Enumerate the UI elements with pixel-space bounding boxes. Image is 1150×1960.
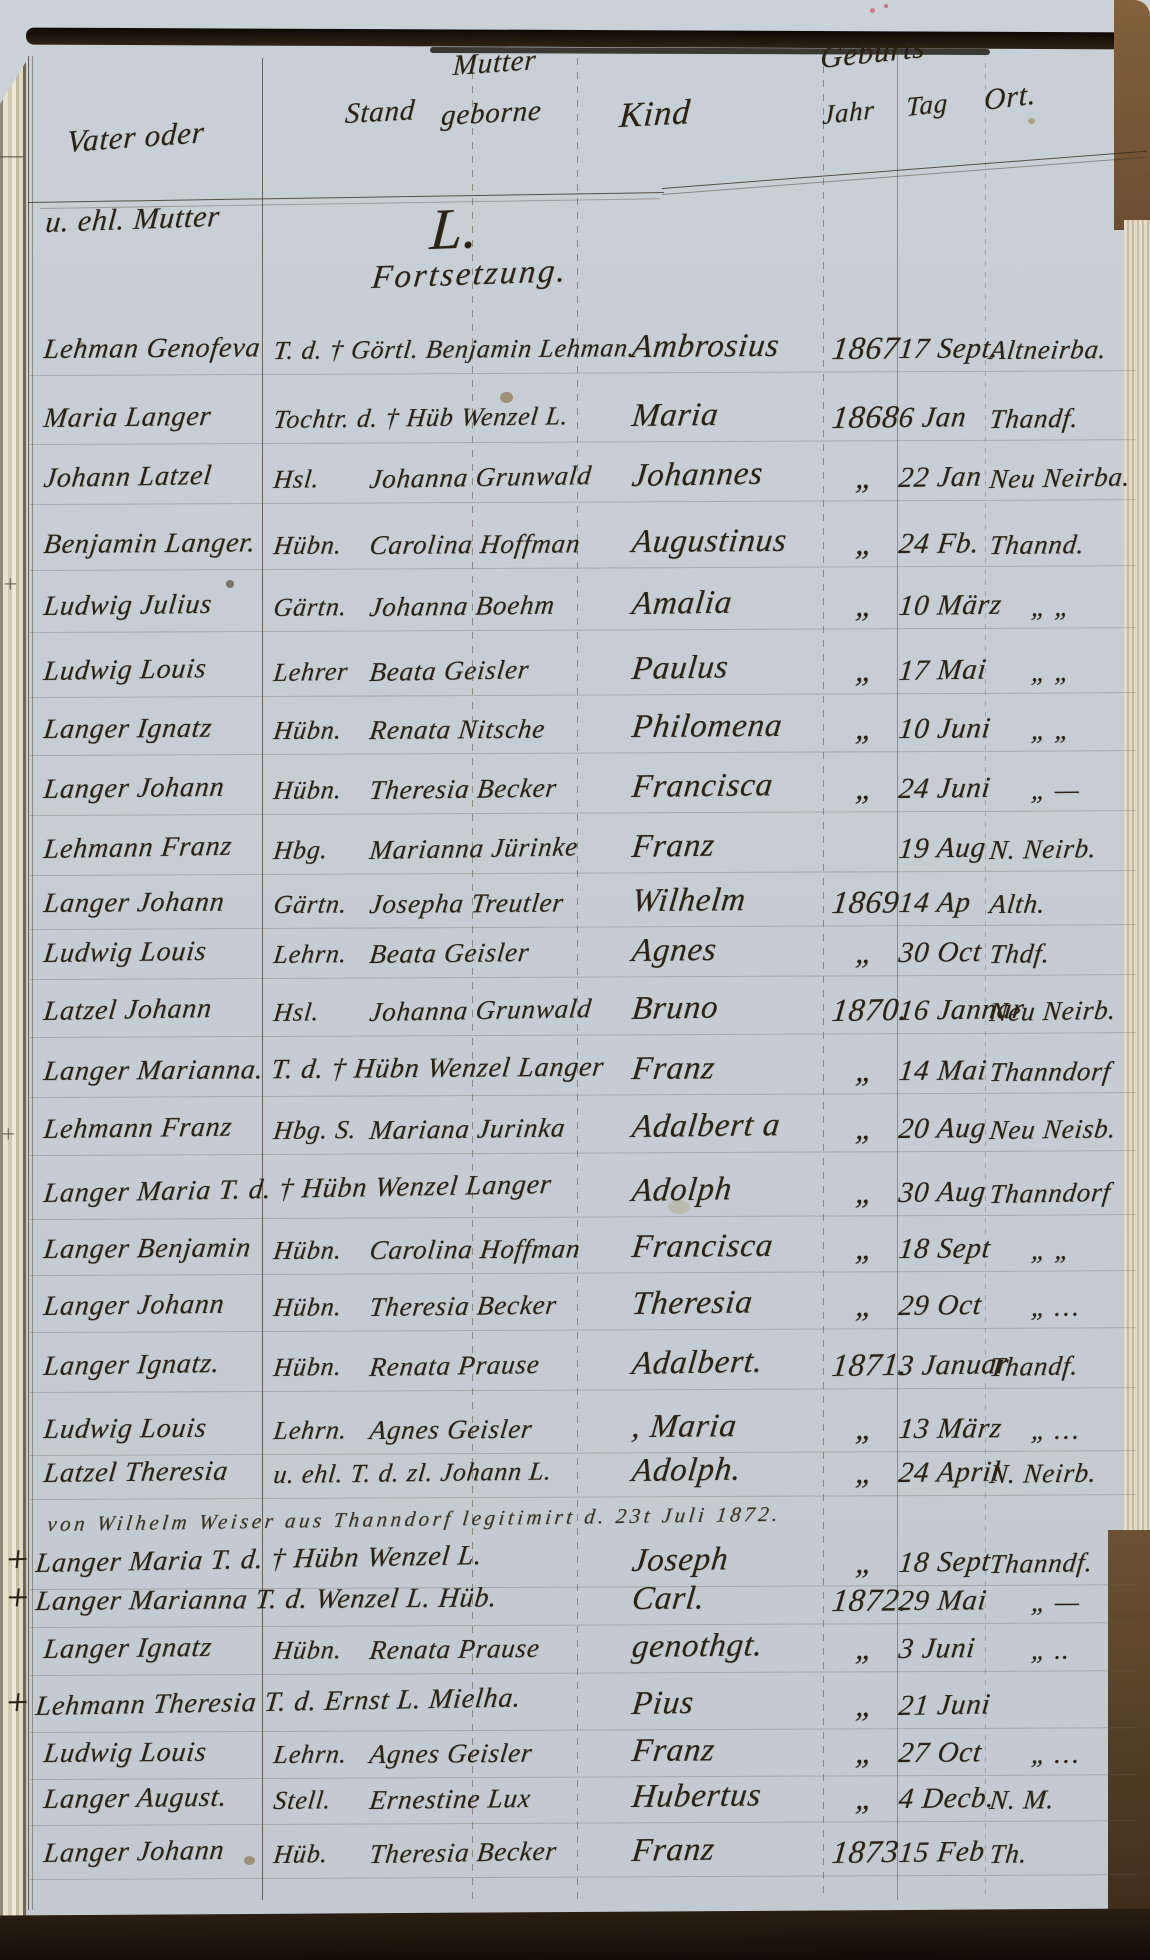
status-abbrev: Hübn.: [272, 715, 344, 746]
paper-stain: [244, 1856, 255, 1865]
child-name: Hubertus: [630, 1777, 763, 1816]
father-or-mother-name: Ludwig Julius: [42, 589, 214, 623]
mother-maiden-name: Carolina Hoffman: [368, 1233, 582, 1266]
birth-place: N. Neirb.: [988, 1458, 1098, 1490]
ink-stain: [226, 580, 234, 588]
father-or-mother-name: Langer Ignatz.: [42, 1348, 221, 1383]
child-name: Philomena: [630, 708, 784, 746]
birth-day: 24 Fb.: [897, 527, 981, 561]
header-parent-line2: u. ehl. Mutter: [44, 200, 221, 240]
birth-day: 22 Jan: [897, 460, 983, 495]
birth-place: Thanndorf: [988, 1177, 1112, 1210]
child-name: Pius: [630, 1685, 696, 1723]
paper-stain: [1028, 118, 1035, 124]
birth-day: 17 Sept.: [897, 332, 1001, 366]
father-or-mother-name: Langer Johann: [42, 887, 226, 920]
father-or-mother-name: Ludwig Louis: [42, 1413, 209, 1446]
birth-day: 14 Mai: [897, 1054, 989, 1088]
birth-day: 4 Decb.: [897, 1782, 996, 1816]
margin-pencil-cross-lower: +: [0, 1122, 17, 1149]
father-or-mother-name: Ludwig Louis: [42, 936, 208, 970]
mother-maiden-name: Johanna Boehm: [368, 590, 557, 623]
father-or-mother-name: Langer Marianna T. d. Wenzel L. Hüb.: [34, 1582, 499, 1618]
child-name: Joseph: [630, 1541, 730, 1580]
status-abbrev: Gärtn.: [272, 592, 349, 623]
birth-day: 29 Mai: [897, 1584, 989, 1618]
birth-year: „: [854, 1544, 876, 1581]
child-name: Adalbert.: [630, 1344, 765, 1383]
child-name: Agnes: [630, 932, 719, 970]
birth-place: „ „: [1030, 1235, 1073, 1266]
child-name: Franz: [630, 1831, 717, 1870]
father-or-mother-name: Langer Ignatz: [42, 1632, 214, 1666]
father-or-mother-name: Maria Langer: [42, 401, 213, 435]
register-page-photo: Vater oder u. ehl. Mutter Stand Mutter g…: [0, 0, 1150, 1960]
section-continuation: Fortsetzung.: [370, 253, 570, 297]
child-name: Theresia: [630, 1284, 755, 1323]
header-birth-day: Tag: [906, 87, 948, 123]
child-name: Ambrosius: [630, 328, 781, 366]
margin-pencil-cross-upper: +: [2, 572, 19, 599]
child-name: Franz: [630, 1050, 717, 1088]
left-margin-rule: [28, 56, 29, 1910]
father-or-mother-name: Langer Johann: [42, 1289, 226, 1323]
child-name: Francisca: [630, 767, 775, 806]
birth-year: „: [854, 1052, 877, 1089]
birth-day: 30 Oct: [897, 936, 984, 970]
book-bottom-edge: [0, 1908, 1150, 1960]
pink-speck: [884, 4, 888, 8]
child-name: Bruno: [630, 989, 720, 1028]
birth-place: „ …: [1030, 1739, 1082, 1770]
birth-day: 24 April: [897, 1456, 1002, 1490]
birth-place: N. M.: [988, 1784, 1056, 1816]
birth-day: 15 Feb: [897, 1835, 987, 1870]
child-name: genothgt.: [630, 1627, 765, 1666]
birth-day: 10 Juni: [897, 712, 993, 746]
birth-day: 30 Aug: [897, 1175, 988, 1210]
birth-place: Alth.: [988, 889, 1047, 920]
status-abbrev: Hsl.: [272, 464, 321, 495]
status-abbrev: Hbg. S.: [272, 1115, 358, 1146]
birth-day: 27 Oct: [897, 1736, 984, 1770]
birth-day: 29 Oct: [897, 1289, 984, 1323]
header-child: Kind: [618, 92, 692, 136]
father-or-mother-name: Latzel Theresia: [42, 1456, 230, 1490]
birth-year: „: [854, 459, 876, 496]
status-abbrev: Hüb.: [272, 1839, 330, 1870]
birth-year: „: [854, 1687, 876, 1724]
birth-year: „: [854, 525, 877, 562]
child-name: Francisca: [630, 1228, 775, 1266]
child-name: Maria: [630, 397, 721, 435]
birth-day: 21 Juni: [897, 1688, 992, 1723]
mother-maiden-name: Johanna Grunwald: [368, 460, 593, 495]
birth-day: 19 Aug: [897, 831, 988, 866]
child-name: Adolph.: [630, 1452, 743, 1490]
status-abbrev: Lehrn.: [272, 939, 349, 970]
birth-day: 18 Sept: [897, 1232, 993, 1266]
birth-place: „ —: [1030, 1587, 1082, 1618]
father-or-mother-name: Langer Marianna. T. d. † Hübn Wenzel Lan…: [42, 1052, 606, 1088]
header-mother-line2: geborne: [440, 95, 543, 133]
mother-maiden-name: Johanna Grunwald: [368, 993, 593, 1028]
status-abbrev: Hübn.: [272, 1292, 344, 1323]
birth-year: „: [854, 587, 877, 624]
mother-maiden-name: Agnes Geisler: [368, 1414, 534, 1446]
mother-maiden-name: Carolina Hoffman: [368, 528, 582, 561]
birth-year: „: [854, 1734, 877, 1771]
mother-maiden-name: Agnes Geisler: [368, 1738, 534, 1770]
birth-day: 3 Juni: [897, 1632, 977, 1666]
mother-maiden-name: Beata Geisler: [368, 654, 531, 688]
status-abbrev: Gärtn.: [272, 889, 349, 920]
status-abbrev: Hübn.: [272, 530, 344, 561]
birth-place: „ …: [1030, 1415, 1082, 1446]
birth-year: „: [854, 1287, 877, 1324]
birth-year: „: [854, 770, 877, 807]
header-birth-year: Jahr: [822, 94, 875, 131]
child-name: Franz: [630, 827, 717, 866]
father-or-mother-name: Ludwig Louis: [42, 653, 208, 688]
birth-year: „: [854, 1230, 877, 1267]
mother-maiden-name: Theresia Becker: [368, 1290, 559, 1323]
child-name: Paulus: [630, 649, 730, 688]
mother-maiden-name: Josepha Treutler: [368, 887, 566, 920]
father-or-mother-name: Langer Ignatz: [42, 713, 214, 746]
birth-place: „ „: [1030, 591, 1073, 623]
status-abbrev: T. d. † Görtl. Benjamin Lehman.: [272, 333, 637, 366]
birth-place: Thanndf.: [988, 1547, 1094, 1580]
father-or-mother-name: Lehman Genofeva: [42, 332, 262, 366]
mother-maiden-name: Mariana Jurinka: [368, 1112, 567, 1146]
father-or-mother-name: Langer August.: [42, 1782, 229, 1816]
child-name: Augustinus: [630, 523, 789, 561]
section-letter: L.: [428, 194, 481, 263]
birth-place: Thdf.: [988, 938, 1052, 970]
birth-day: 18 Sept: [897, 1545, 992, 1580]
status-abbrev: Hübn.: [272, 1635, 344, 1666]
status-abbrev: Stell.: [272, 1785, 333, 1816]
birth-day: 6 Jan: [897, 401, 968, 435]
status-abbrev: Lehrer: [272, 657, 350, 688]
birth-year: „: [854, 652, 876, 689]
status-abbrev: Hübn.: [272, 775, 344, 806]
mother-maiden-name: Renata Prause: [368, 1633, 542, 1666]
birth-day: 20 Aug: [897, 1112, 988, 1146]
child-name: Carl.: [630, 1580, 707, 1618]
birth-year: „: [854, 710, 877, 747]
book-fore-edge: [1124, 220, 1150, 1620]
header-stand: Stand: [344, 94, 416, 131]
birth-year: „: [854, 1780, 877, 1817]
status-abbrev: Hsl.: [272, 997, 321, 1028]
birth-day: 14 Ap: [897, 886, 973, 920]
child-name: Johannes: [630, 456, 765, 495]
birth-place: Altneirba.: [988, 334, 1108, 366]
birth-place: „ …: [1030, 1291, 1082, 1323]
father-or-mother-name: Ludwig Louis: [42, 1737, 209, 1770]
child-name: Adolph: [630, 1171, 734, 1210]
child-name: Adalbert a: [630, 1107, 782, 1146]
birth-year: 1869: [830, 883, 901, 921]
birth-place: Thannd.: [988, 529, 1086, 561]
birth-place: Thandf.: [988, 403, 1080, 435]
status-abbrev: Lehrn.: [272, 1739, 349, 1770]
status-abbrev: Hbg.: [272, 835, 330, 866]
birth-place: Neu Neirb.: [988, 995, 1118, 1028]
father-or-mother-name: Latzel Johann: [42, 993, 214, 1028]
status-abbrev: u. ehl. T. d. zl. Johann L.: [272, 1456, 554, 1490]
birth-year: „: [854, 1630, 877, 1667]
header-birth-place: Ort.: [984, 77, 1036, 118]
father-or-mother-name: Langer Johann: [42, 772, 226, 806]
status-abbrev: Hübn.: [272, 1235, 344, 1266]
birth-place: Thanndorf: [988, 1056, 1113, 1088]
child-name: Amalia: [630, 585, 734, 623]
birth-place: Neu Neisb.: [988, 1113, 1118, 1146]
father-or-mother-name: Lehmann Franz: [42, 1112, 234, 1146]
status-abbrev: Tochtr. d. † Hüb Wenzel L.: [272, 401, 570, 435]
mother-maiden-name: Ernestine Lux: [368, 1783, 533, 1816]
birth-place: „ ..: [1030, 1634, 1072, 1666]
birth-year: 1873: [830, 1833, 901, 1871]
mother-maiden-name: Theresia Becker: [368, 773, 559, 806]
header-mother-line1: Mutter: [452, 44, 537, 83]
mother-maiden-name: Beata Geisler: [368, 937, 531, 970]
status-abbrev: Lehrn.: [272, 1415, 349, 1446]
birth-year: „: [854, 1174, 876, 1211]
book-cover-bottom-right: [1108, 1530, 1150, 1960]
birth-day: 10 März: [897, 589, 1004, 623]
margin-pencil-dash: —: [0, 140, 24, 170]
birth-place: „ „: [1030, 715, 1073, 746]
birth-year: 1868: [830, 398, 901, 436]
mother-maiden-name: Marianna Jürinke: [368, 831, 580, 866]
father-or-mother-name: Benjamin Langer.: [42, 527, 258, 561]
birth-year: „: [854, 934, 877, 971]
father-or-mother-name: Lehmann Franz: [42, 831, 234, 866]
child-name: , Maria: [630, 1408, 739, 1446]
margin-cross-mark: +: [2, 1576, 34, 1620]
birth-place: N. Neirb.: [988, 833, 1098, 866]
margin-cross-mark: +: [2, 1680, 33, 1725]
book-cover-top-right: [1114, 0, 1150, 230]
birth-place: „ „: [1030, 656, 1072, 688]
birth-place: Th.: [988, 1838, 1029, 1870]
birth-day: 13 März: [897, 1412, 1004, 1446]
birth-place: Neu Neirba.: [988, 461, 1132, 495]
birth-place: Thandf.: [988, 1350, 1080, 1383]
pink-speck: [870, 8, 875, 13]
child-name: Wilhelm: [630, 882, 748, 920]
mother-maiden-name: Renata Prause: [368, 1349, 541, 1383]
father-or-mother-name: Langer Johann: [42, 1835, 226, 1870]
birth-year: „: [854, 1410, 877, 1447]
book-spine-page-edges: [0, 38, 26, 1932]
child-name: Franz: [630, 1732, 717, 1770]
mother-maiden-name: Theresia Becker: [368, 1836, 558, 1870]
birth-day: 17 Mai: [897, 653, 988, 688]
mother-maiden-name: Renata Nitsche: [368, 714, 547, 746]
status-abbrev: Hübn.: [272, 1352, 343, 1383]
birth-year: „: [854, 1454, 877, 1491]
birth-year: 1867: [830, 329, 901, 367]
birth-place: „ —: [1030, 774, 1082, 806]
father-or-mother-name: Langer Benjamin: [42, 1232, 253, 1266]
birth-day: 24 Juni: [897, 772, 992, 806]
father-or-mother-name: Johann Latzel: [42, 460, 214, 495]
left-margin-rule-2: [32, 56, 33, 1910]
birth-year: „: [854, 1110, 877, 1147]
